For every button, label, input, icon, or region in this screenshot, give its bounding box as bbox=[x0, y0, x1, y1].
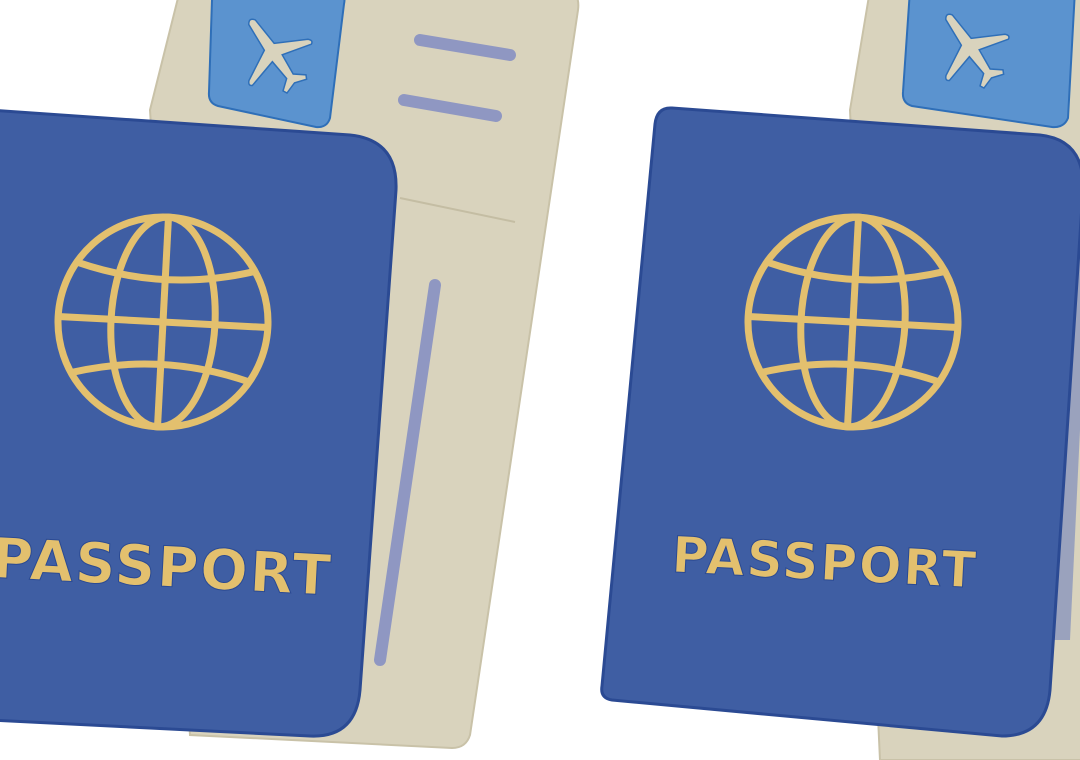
plane-icon-box bbox=[209, 0, 345, 127]
passport-cover: PASSPORT bbox=[602, 108, 1080, 736]
illustration-left: PASSPORT bbox=[0, 0, 580, 760]
passport-cover: PASSPORT bbox=[0, 110, 396, 736]
illustration-right: PASSPORT bbox=[540, 0, 1080, 760]
passport-illustration-left: PASSPORT bbox=[0, 0, 580, 760]
plane-icon-box bbox=[903, 0, 1075, 127]
passport-illustration-right: PASSPORT bbox=[540, 0, 1080, 760]
